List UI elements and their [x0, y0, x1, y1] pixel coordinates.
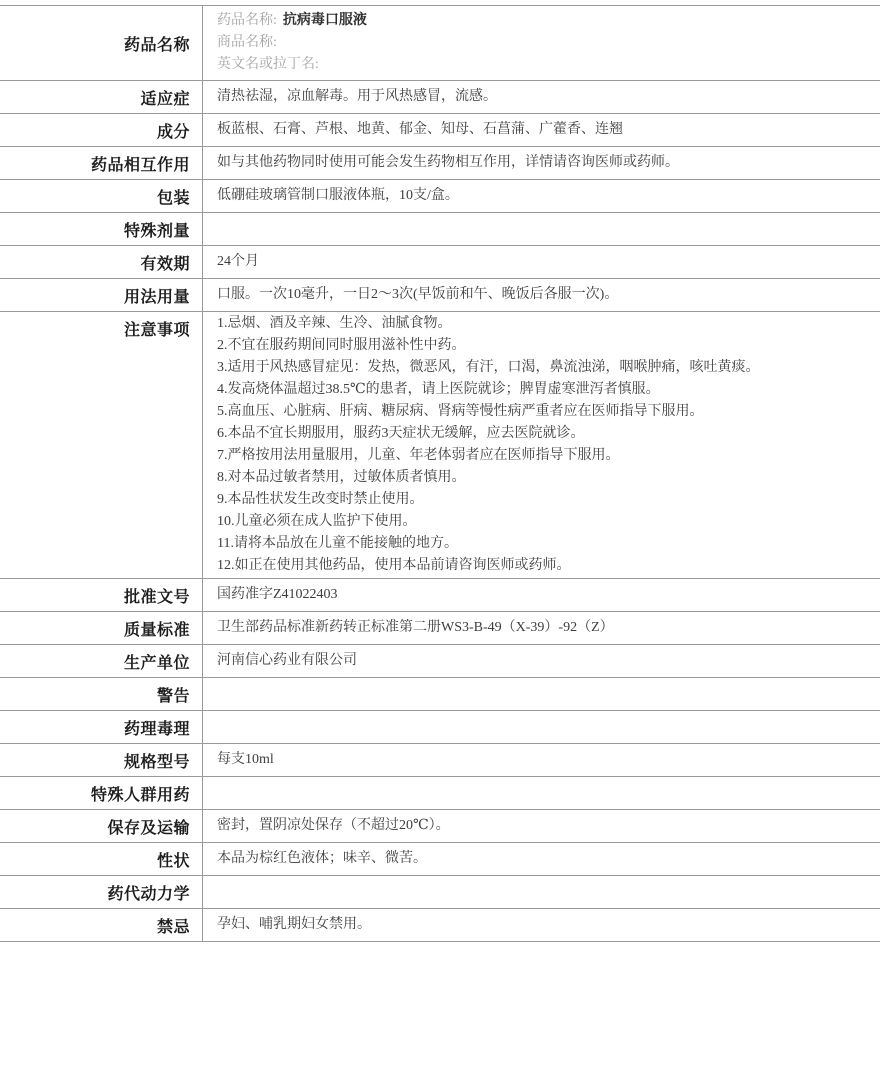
row-value-line: 4.发高烧体温超过38.5℃的患者，请上医院就诊；脾胃虚寒泄泻者慎服。 [217, 379, 870, 401]
table-row: 成分 板蓝根、石膏、芦根、地黄、郁金、知母、石菖蒲、广藿香、连翘 [0, 114, 880, 147]
field-prefix: 英文名或拉丁名: [217, 57, 319, 72]
row-value: 如与其他药物同时使用可能会发生药物相互作用，详情请咨询医师或药师。 [203, 147, 880, 179]
row-value: 低硼硅玻璃管制口服液体瓶，10支/盒。 [203, 180, 880, 212]
row-value: 每支10ml [203, 744, 880, 776]
row-label: 质量标准 [0, 612, 203, 644]
row-label: 保存及运输 [0, 810, 203, 842]
row-label: 规格型号 [0, 744, 203, 776]
row-value: 口服。一次10毫升，一日2～3次(早饭前和午、晚饭后各服一次)。 [203, 279, 880, 311]
row-value: 密封，置阴凉处保存（不超过20℃）。 [203, 810, 880, 842]
row-label: 注意事项 [0, 312, 203, 578]
row-value-line: 5.高血压、心脏病、肝病、糖尿病、肾病等慢性病严重者应在医师指导下服用。 [217, 401, 870, 423]
row-label: 用法用量 [0, 279, 203, 311]
row-value [203, 777, 880, 809]
row-value-line: 8.对本品过敏者禁用，过敏体质者慎用。 [217, 467, 870, 489]
table-row: 性状 本品为棕红色液体；味辛、微苦。 [0, 843, 880, 876]
row-value-line: 每支10ml [217, 749, 870, 771]
row-value [203, 711, 880, 743]
drug-name-field: 英文名或拉丁名: [217, 54, 870, 76]
row-value-line: 2.不宜在服药期间同时服用滋补性中药。 [217, 335, 870, 357]
drug-spec-table: 药品名称 药品名称:抗病毒口服液商品名称:英文名或拉丁名: 适应症 清热祛湿，凉… [0, 5, 880, 942]
row-value-line: 孕妇、哺乳期妇女禁用。 [217, 914, 870, 936]
table-row: 适应症 清热祛湿，凉血解毒。用于风热感冒，流感。 [0, 81, 880, 114]
row-value-line: 1.忌烟、酒及辛辣、生冷、油腻食物。 [217, 313, 870, 335]
row-value-line: 卫生部药品标准新药转正标准第二册WS3-B-49（X-39）-92（Z） [217, 617, 870, 639]
row-value-line: 10.儿童必须在成人监护下使用。 [217, 511, 870, 533]
table-row: 有效期 24个月 [0, 246, 880, 279]
row-label: 成分 [0, 114, 203, 146]
table-row: 保存及运输 密封，置阴凉处保存（不超过20℃）。 [0, 810, 880, 843]
table-row: 药理毒理 [0, 711, 880, 744]
table-row: 包装 低硼硅玻璃管制口服液体瓶，10支/盒。 [0, 180, 880, 213]
row-label: 有效期 [0, 246, 203, 278]
row-value: 卫生部药品标准新药转正标准第二册WS3-B-49（X-39）-92（Z） [203, 612, 880, 644]
row-value [203, 876, 880, 908]
row-value-line: 12.如正在使用其他药品，使用本品前请咨询医师或药师。 [217, 555, 870, 577]
row-label: 生产单位 [0, 645, 203, 677]
row-value-line: 板蓝根、石膏、芦根、地黄、郁金、知母、石菖蒲、广藿香、连翘 [217, 119, 870, 141]
table-row: 注意事项 1.忌烟、酒及辛辣、生冷、油腻食物。2.不宜在服药期间同时服用滋补性中… [0, 312, 880, 579]
row-label: 警告 [0, 678, 203, 710]
row-value-line: 清热祛湿，凉血解毒。用于风热感冒，流感。 [217, 86, 870, 108]
row-value-line: 河南信心药业有限公司 [217, 650, 870, 672]
row-value: 24个月 [203, 246, 880, 278]
row-value-line: 国药准字Z41022403 [217, 584, 870, 606]
row-value: 板蓝根、石膏、芦根、地黄、郁金、知母、石菖蒲、广藿香、连翘 [203, 114, 880, 146]
row-value: 河南信心药业有限公司 [203, 645, 880, 677]
table-row: 批准文号 国药准字Z41022403 [0, 579, 880, 612]
row-value-line: 9.本品性状发生改变时禁止使用。 [217, 489, 870, 511]
drug-name-field: 药品名称:抗病毒口服液 [217, 10, 870, 32]
row-value-line: 如与其他药物同时使用可能会发生药物相互作用，详情请咨询医师或药师。 [217, 152, 870, 174]
row-value: 本品为棕红色液体；味辛、微苦。 [203, 843, 880, 875]
table-row: 用法用量 口服。一次10毫升，一日2～3次(早饭前和午、晚饭后各服一次)。 [0, 279, 880, 312]
table-row: 特殊人群用药 [0, 777, 880, 810]
table-row: 药代动力学 [0, 876, 880, 909]
table-row: 质量标准 卫生部药品标准新药转正标准第二册WS3-B-49（X-39）-92（Z… [0, 612, 880, 645]
row-label: 药代动力学 [0, 876, 203, 908]
row-label: 特殊人群用药 [0, 777, 203, 809]
table-row: 药品相互作用 如与其他药物同时使用可能会发生药物相互作用，详情请咨询医师或药师。 [0, 147, 880, 180]
table-row: 药品名称 药品名称:抗病毒口服液商品名称:英文名或拉丁名: [0, 6, 880, 81]
row-value [203, 213, 880, 245]
row-value-line: 24个月 [217, 251, 870, 273]
field-prefix: 商品名称: [217, 35, 277, 50]
table-row: 生产单位 河南信心药业有限公司 [0, 645, 880, 678]
drug-name-value: 抗病毒口服液 [277, 13, 367, 28]
row-value-line: 11.请将本品放在儿童不能接触的地方。 [217, 533, 870, 555]
row-value-line: 口服。一次10毫升，一日2～3次(早饭前和午、晚饭后各服一次)。 [217, 284, 870, 306]
row-value [203, 678, 880, 710]
table-row: 禁忌 孕妇、哺乳期妇女禁用。 [0, 909, 880, 942]
row-value-line: 3.适用于风热感冒症见：发热，微恶风，有汗，口渴，鼻流浊涕，咽喉肿痛，咳吐黄痰。 [217, 357, 870, 379]
row-value-line: 密封，置阴凉处保存（不超过20℃）。 [217, 815, 870, 837]
row-label: 药理毒理 [0, 711, 203, 743]
row-label: 禁忌 [0, 909, 203, 941]
field-prefix: 药品名称: [217, 13, 277, 28]
row-value: 清热祛湿，凉血解毒。用于风热感冒，流感。 [203, 81, 880, 113]
table-row: 特殊剂量 [0, 213, 880, 246]
row-label: 包装 [0, 180, 203, 212]
row-value-line: 低硼硅玻璃管制口服液体瓶，10支/盒。 [217, 185, 870, 207]
row-label: 批准文号 [0, 579, 203, 611]
table-row: 警告 [0, 678, 880, 711]
drug-name-field: 商品名称: [217, 32, 870, 54]
row-label: 药品名称 [0, 6, 203, 80]
row-label: 特殊剂量 [0, 213, 203, 245]
row-value: 国药准字Z41022403 [203, 579, 880, 611]
row-value: 1.忌烟、酒及辛辣、生冷、油腻食物。2.不宜在服药期间同时服用滋补性中药。3.适… [203, 312, 880, 578]
table-row: 规格型号 每支10ml [0, 744, 880, 777]
row-label: 性状 [0, 843, 203, 875]
row-value: 药品名称:抗病毒口服液商品名称:英文名或拉丁名: [203, 6, 880, 80]
row-value: 孕妇、哺乳期妇女禁用。 [203, 909, 880, 941]
row-label: 药品相互作用 [0, 147, 203, 179]
row-value-line: 本品为棕红色液体；味辛、微苦。 [217, 848, 870, 870]
row-value-line: 6.本品不宜长期服用，服药3天症状无缓解，应去医院就诊。 [217, 423, 870, 445]
row-label: 适应症 [0, 81, 203, 113]
row-value-line: 7.严格按用法用量服用，儿童、年老体弱者应在医师指导下服用。 [217, 445, 870, 467]
